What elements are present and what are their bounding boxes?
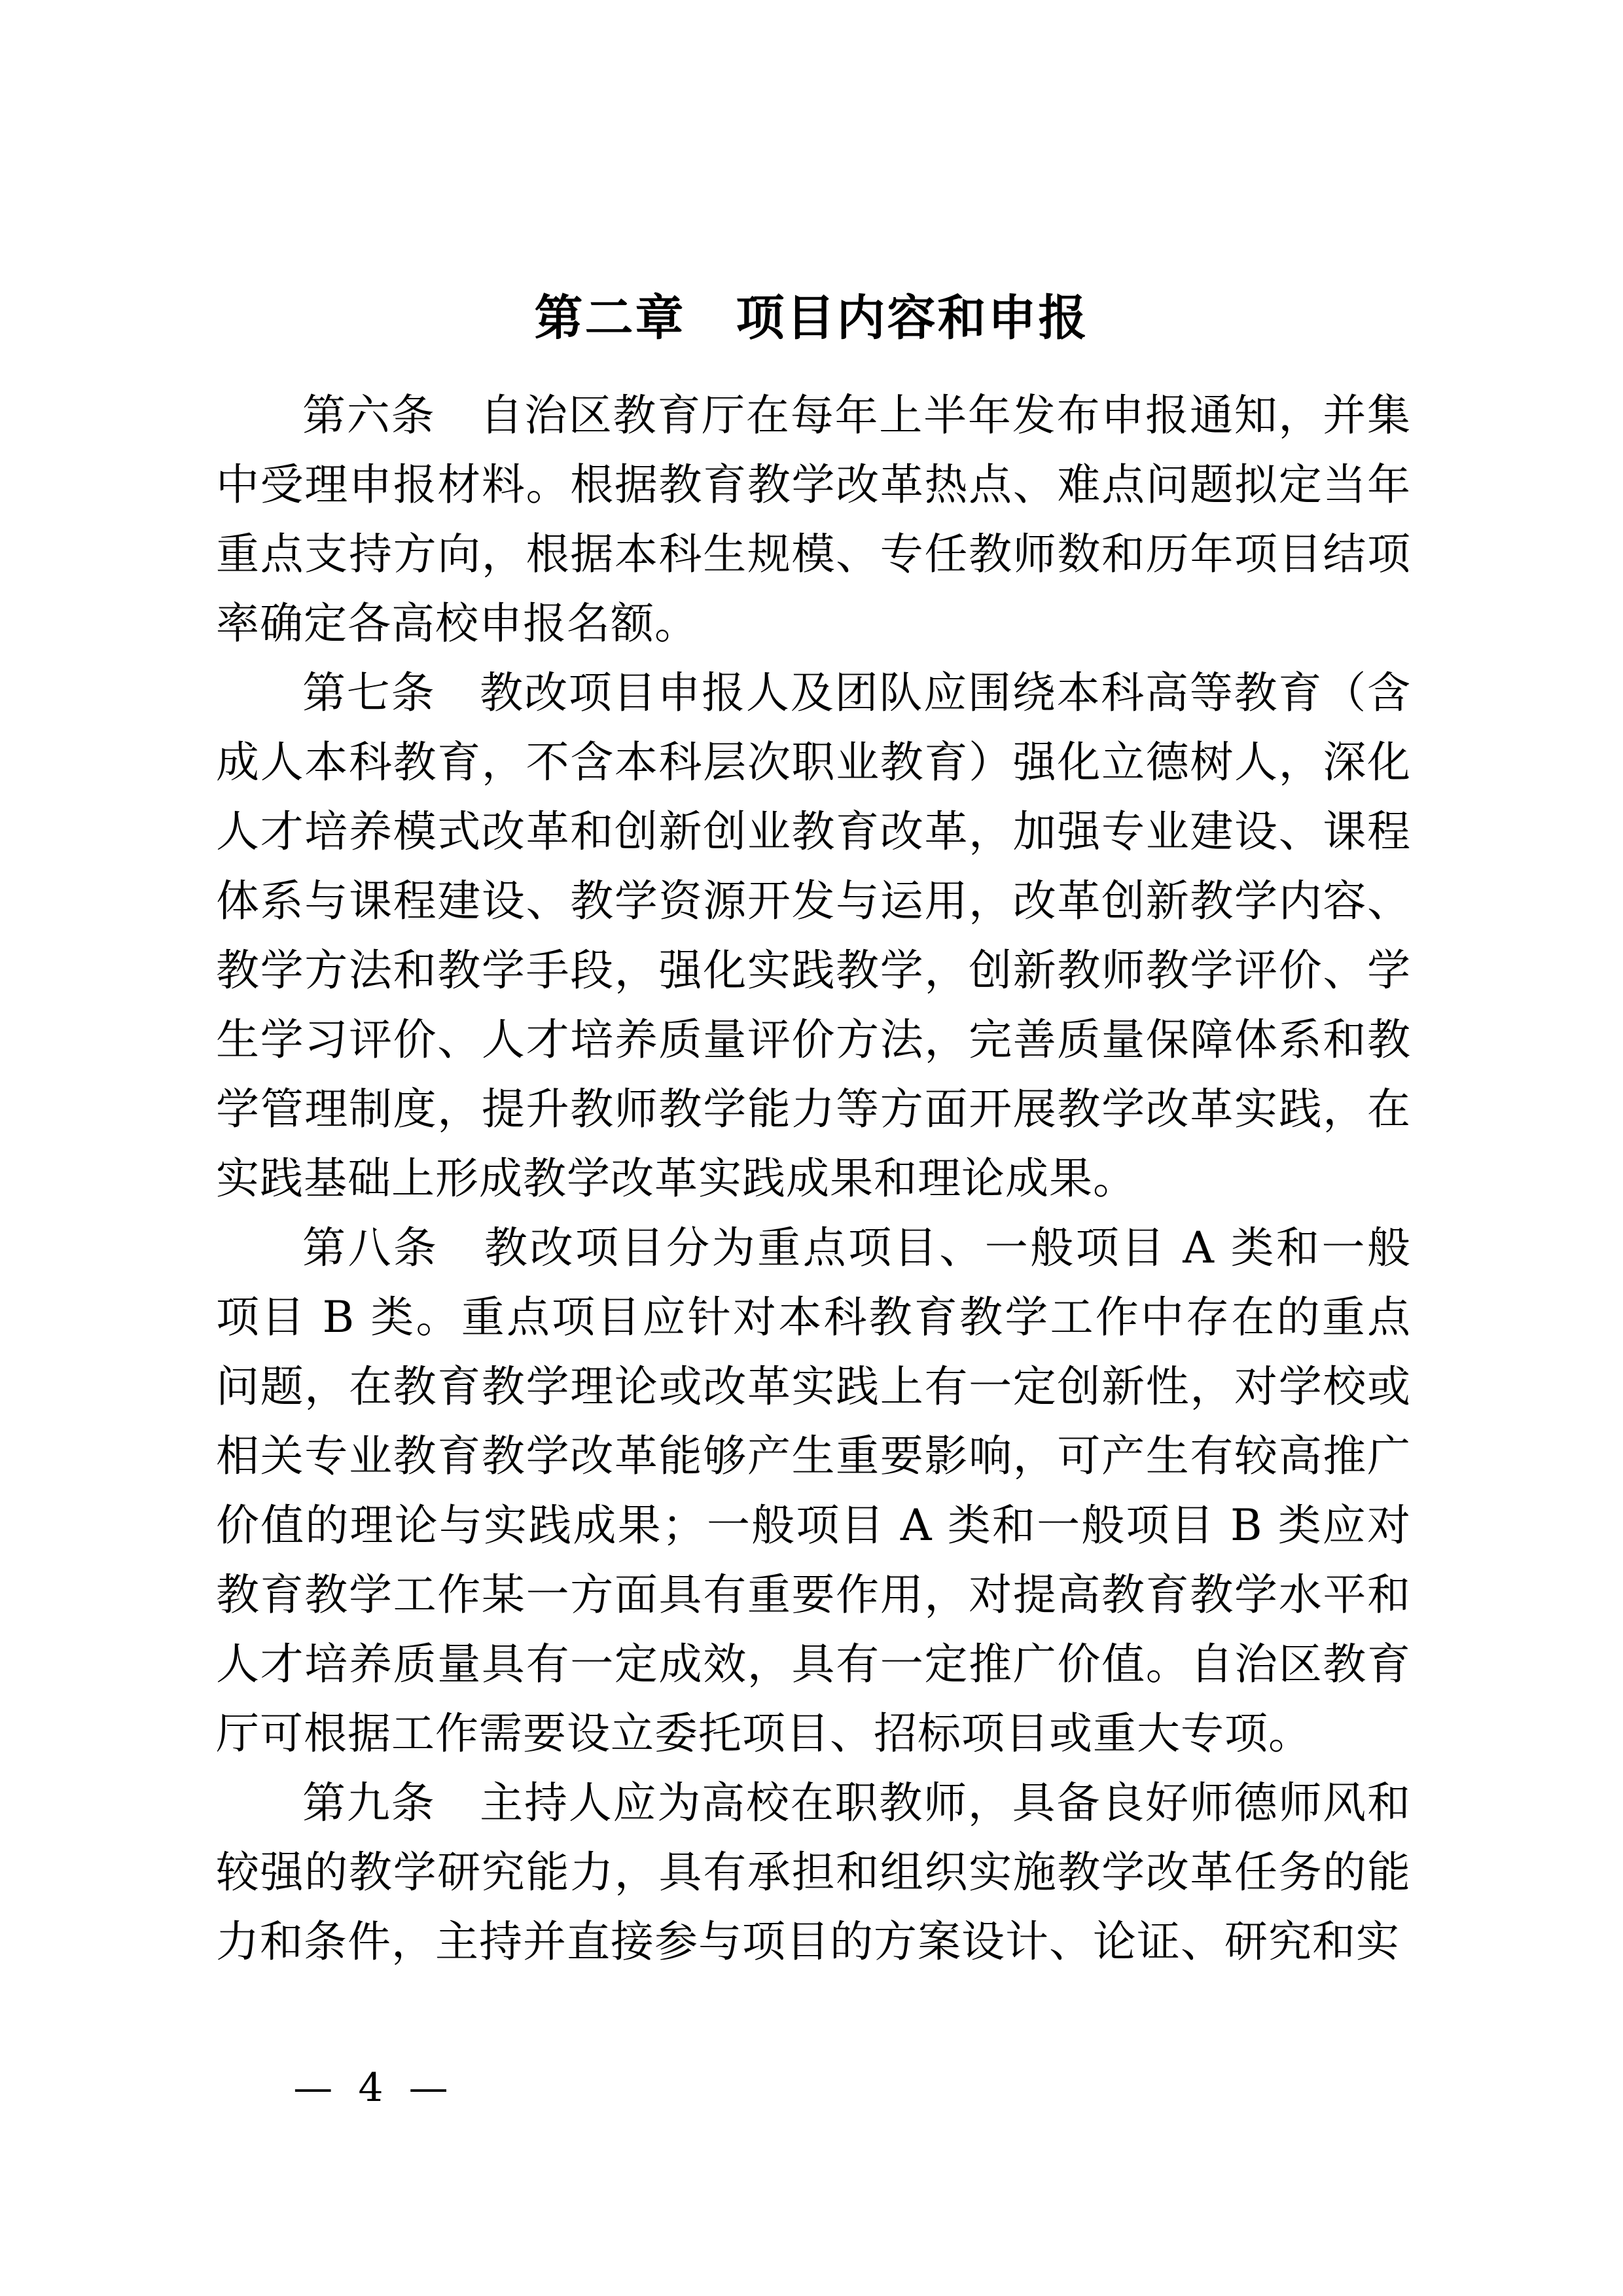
article-9-label: 第九条 [302,1778,435,1828]
chapter-title: 第二章 项目内容和申报 [0,289,1623,348]
article-6-paragraph: 第六条 自治区教育厅在每年上半年发布申报通知，并集中受理申报材料。根据教育教学改… [216,381,1411,658]
document-body: 第六条 自治区教育厅在每年上半年发布申报通知，并集中受理申报材料。根据教育教学改… [216,381,1411,1977]
article-8-paragraph: 第八条 教改项目分为重点项目、一般项目 A 类和一般项目 B 类。重点项目应针对… [216,1213,1411,1768]
page-number: — 4 — [293,2065,454,2111]
article-7-text: 教改项目申报人及团队应围绕本科高等教育（含成人本科教育，不含本科层次职业教育）强… [216,668,1411,1204]
article-7-paragraph: 第七条 教改项目申报人及团队应围绕本科高等教育（含成人本科教育，不含本科层次职业… [216,658,1411,1213]
article-9-paragraph: 第九条 主持人应为高校在职教师，具备良好师德师风和较强的教学研究能力，具有承担和… [216,1768,1411,1977]
page-footer: — 4 — [217,2017,455,2159]
article-8-text: 教改项目分为重点项目、一般项目 A 类和一般项目 B 类。重点项目应针对本科教育… [216,1223,1411,1759]
article-7-label: 第七条 [302,668,435,718]
article-6-label: 第六条 [302,390,435,440]
article-8-label: 第八条 [302,1223,439,1273]
document-page: 第二章 项目内容和申报 第六条 自治区教育厅在每年上半年发布申报通知，并集中受理… [0,0,1623,2296]
